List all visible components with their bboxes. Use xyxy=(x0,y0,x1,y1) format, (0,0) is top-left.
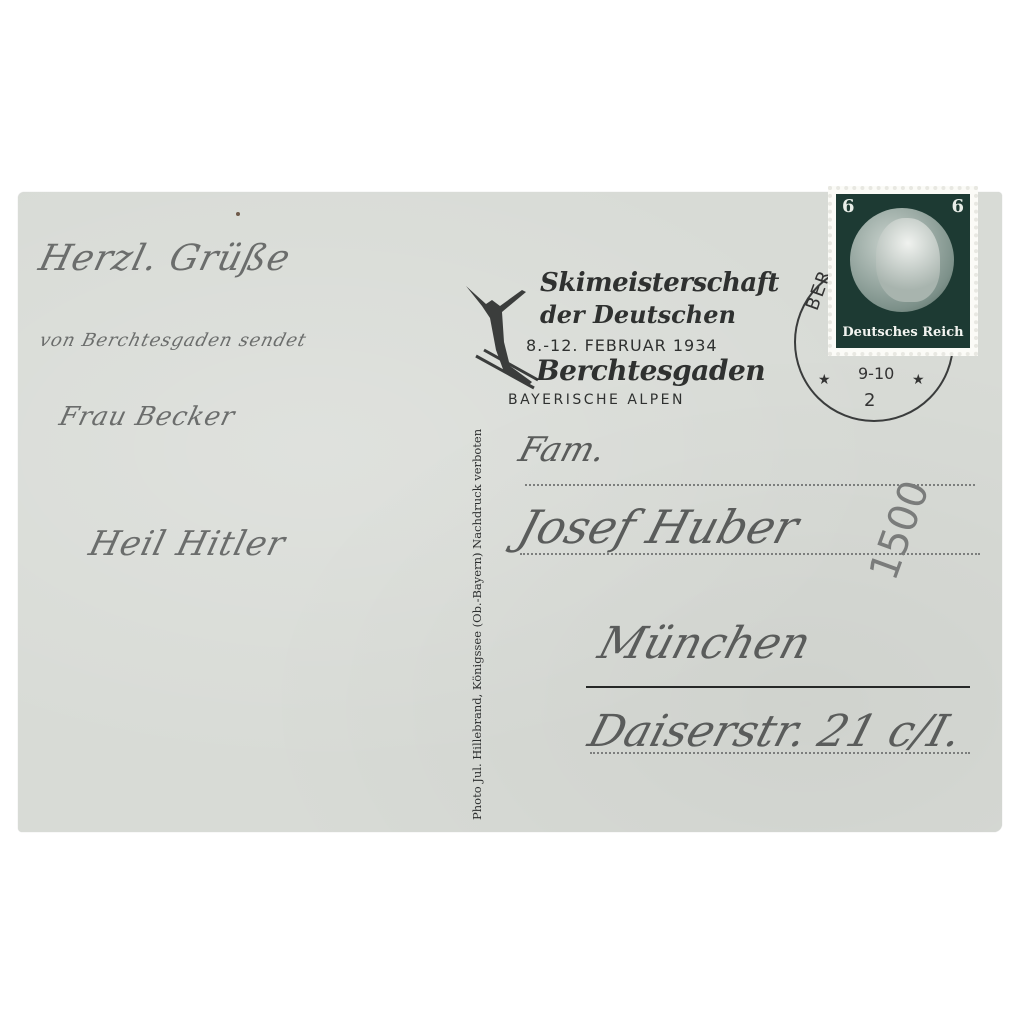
stamp-label: Deutsches Reich xyxy=(836,325,970,340)
slogan-cancellation: Skimeisterschaft der Deutschen 8.-12. FE… xyxy=(462,262,742,412)
cancel-line-4: Berchtesgaden xyxy=(536,354,765,387)
stamp-value-left: 6 xyxy=(842,196,855,217)
ski-jumper-icon xyxy=(462,270,540,390)
portrait-head-icon xyxy=(876,218,940,302)
address-dotted-line xyxy=(590,752,970,754)
message-line-2: von Berchtesgaden sendet xyxy=(37,330,308,351)
address-line-3: München xyxy=(593,618,817,669)
message-line-1: Herzl. Grüße xyxy=(35,238,295,279)
cancel-line-1: Skimeisterschaft xyxy=(540,268,779,298)
cancel-line-5: BAYERISCHE ALPEN xyxy=(508,392,685,408)
address-line-1: Fam. xyxy=(514,430,610,470)
stamp-value-right: 6 xyxy=(951,196,964,217)
cancel-line-3: 8.-12. FEBRUAR 1934 xyxy=(526,336,718,355)
star-icon: ★ xyxy=(912,372,925,388)
message-line-4: Heil Hitler xyxy=(85,524,290,564)
address-line-2: Josef Huber xyxy=(512,500,804,554)
cancel-line-2: der Deutschen xyxy=(540,300,736,329)
message-line-3: Frau Becker xyxy=(56,402,238,432)
address-underline xyxy=(586,686,970,688)
postage-stamp: 6 6 Deutsches Reich xyxy=(828,186,978,356)
address-line-4: Daiserstr. 21 c/I. xyxy=(583,706,968,757)
paper-mark xyxy=(236,212,240,216)
star-icon: ★ xyxy=(818,372,831,388)
postmark-time: 9-10 xyxy=(858,364,894,383)
portrait-medallion xyxy=(850,208,954,312)
stamp-face: 6 6 Deutsches Reich xyxy=(836,194,970,348)
postmark-number: 2 xyxy=(864,390,875,411)
